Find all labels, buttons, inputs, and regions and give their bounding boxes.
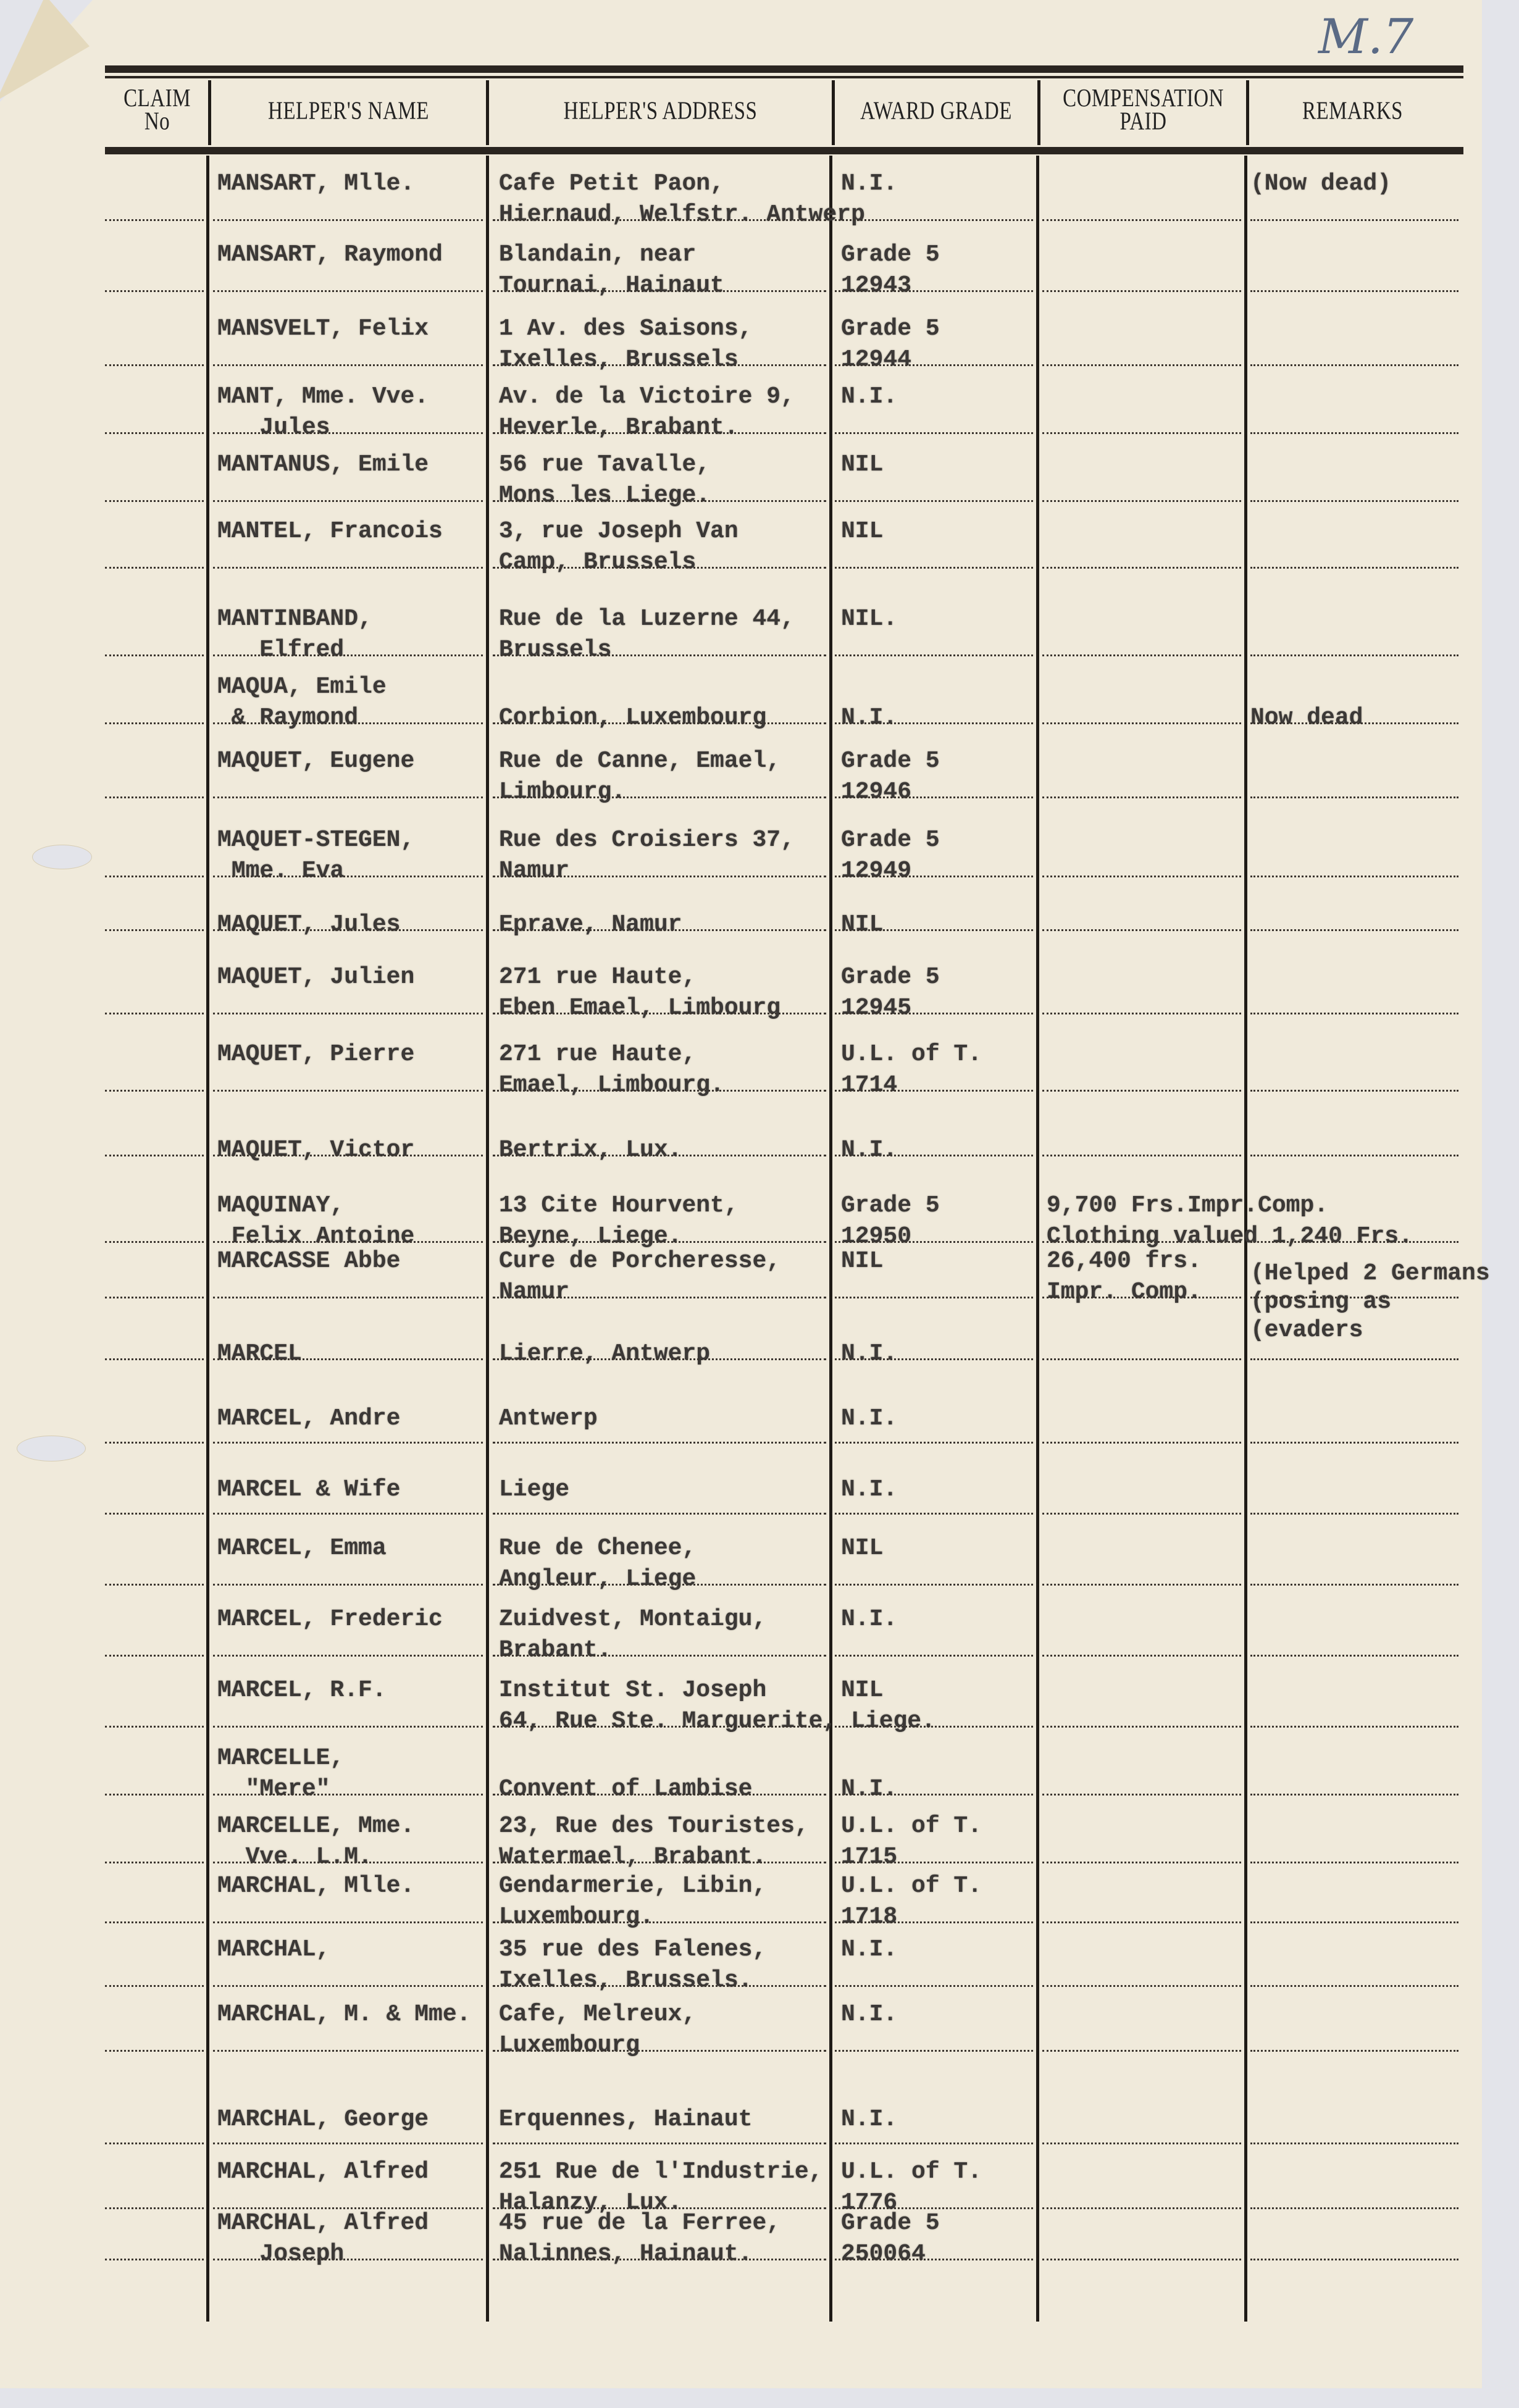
award-grade: NIL [841, 1246, 883, 1277]
award-grade: Grade 5 [841, 240, 940, 270]
helper-name: MARCEL, Emma [217, 1533, 387, 1564]
row-divider [1042, 432, 1241, 434]
helper-name: MARCASSE Abbe [217, 1246, 400, 1277]
helper-name: Joseph [217, 2239, 344, 2270]
helper-name: MANTANUS, Emile [217, 449, 429, 480]
row-divider [835, 567, 1033, 569]
award-grade: N.I. [841, 1999, 897, 2030]
helper-address: 64, Rue Ste. Marguerite, Liege. [499, 1706, 935, 1737]
row-divider [1250, 796, 1458, 798]
row-divider [493, 2143, 826, 2144]
row-divider [835, 722, 1033, 724]
header-award-grade: AWARD GRADE [835, 99, 1037, 123]
helper-address: Antwerp [499, 1403, 598, 1434]
row-divider [1042, 219, 1241, 221]
row-divider [213, 500, 483, 502]
row-divider [105, 876, 204, 877]
row-divider [1042, 1155, 1241, 1156]
row-divider [493, 1985, 826, 1987]
row-divider [1250, 2207, 1458, 2209]
helper-address: 35 rue des Falenes, [499, 1934, 766, 1965]
helper-address: Limbourg. [499, 777, 626, 808]
award-grade: U.L. of T. [841, 2157, 982, 2188]
row-divider [1042, 1442, 1241, 1444]
row-divider [105, 1358, 204, 1360]
helper-address: Lierre, Antwerp [499, 1339, 710, 1369]
row-divider [1250, 432, 1458, 434]
row-divider [213, 1513, 483, 1515]
row-divider [213, 1655, 483, 1657]
helper-address: Rue de Canne, Emael, [499, 746, 780, 777]
helper-address: 271 rue Haute, [499, 1039, 696, 1070]
helper-name: MANTEL, Francois [217, 516, 443, 547]
row-divider [1042, 2259, 1241, 2260]
row-divider [835, 290, 1033, 292]
row-divider [1250, 1358, 1458, 1360]
award-grade: NIL [841, 1675, 883, 1706]
row-divider [1042, 2207, 1241, 2209]
helper-address: Liege [499, 1474, 569, 1505]
row-divider [213, 1358, 483, 1360]
helper-name: MAQUET-STEGEN, [217, 825, 414, 856]
row-divider [835, 1584, 1033, 1586]
helper-address: Luxembourg [499, 2030, 640, 2061]
row-divider [1042, 1985, 1241, 1987]
row-divider [493, 1241, 826, 1243]
helper-address: 3, rue Joseph Van [499, 516, 739, 547]
row-divider [493, 290, 826, 292]
row-divider [1250, 290, 1458, 292]
helper-address: 1 Av. des Saisons, [499, 314, 752, 345]
row-divider [493, 1862, 826, 1863]
award-grade: U.L. of T. [841, 1811, 982, 1842]
helper-address: Corbion, Luxembourg [499, 703, 766, 734]
row-divider [1250, 1155, 1458, 1156]
row-divider [835, 1726, 1033, 1728]
row-divider [835, 2259, 1033, 2260]
row-divider [105, 1985, 204, 1987]
helper-address: Heverle, Brabant. [499, 412, 739, 443]
award-grade: N.I. [841, 1774, 897, 1805]
award-grade: 12944 [841, 345, 911, 375]
header-no-label: No [106, 110, 208, 133]
row-divider [835, 929, 1033, 931]
helper-name: MARCHAL, Mlle. [217, 1871, 414, 1902]
row-divider [1042, 654, 1241, 656]
row-divider [835, 1013, 1033, 1014]
row-divider [1250, 1297, 1458, 1298]
row-divider [1042, 364, 1241, 366]
row-divider [1042, 500, 1241, 502]
helper-name: Vve. L.M. [217, 1842, 372, 1873]
row-divider [835, 1985, 1033, 1987]
row-divider [493, 1013, 826, 1014]
row-divider [835, 1155, 1033, 1156]
row-divider [105, 2050, 204, 2052]
helper-name: MARCHAL, [217, 1934, 330, 1965]
row-divider [1250, 1442, 1458, 1444]
row-divider [105, 1794, 204, 1796]
helper-address: Ixelles, Brussels. [499, 1965, 752, 1996]
header-helpers-name: HELPER'S NAME [211, 99, 486, 123]
award-grade: 1715 [841, 1842, 897, 1873]
award-grade: N.I. [841, 169, 897, 199]
row-divider [213, 2259, 483, 2260]
row-divider [213, 876, 483, 877]
row-divider [105, 1297, 204, 1298]
helper-name: MARCEL, R.F. [217, 1675, 387, 1706]
award-grade: N.I. [841, 1934, 897, 1965]
helper-address: Mons les Liege. [499, 480, 710, 511]
header-remarks: REMARKS [1249, 99, 1456, 123]
row-divider [1042, 1013, 1241, 1014]
helper-name: MANT, Mme. Vve. [217, 382, 429, 412]
helper-name: MAQUET, Pierre [217, 1039, 414, 1070]
header-top-rule [105, 65, 1463, 73]
helper-address: Blandain, near [499, 240, 696, 270]
punch-hole [17, 1436, 86, 1461]
helper-address: Institut St. Joseph [499, 1675, 766, 1706]
helper-address: Rue de la Luzerne 44, [499, 604, 795, 635]
row-divider [105, 1513, 204, 1515]
row-divider [1250, 1985, 1458, 1987]
award-grade: N.I. [841, 382, 897, 412]
helper-address: Eben Emael, Limbourg [499, 993, 780, 1024]
row-divider [493, 1358, 826, 1360]
helper-name: MARCHAL, George [217, 2104, 429, 2135]
row-divider [213, 1921, 483, 1923]
row-divider [213, 654, 483, 656]
row-divider [835, 432, 1033, 434]
row-divider [835, 364, 1033, 366]
row-divider [105, 290, 204, 292]
row-divider [213, 1442, 483, 1444]
award-grade: Grade 5 [841, 1190, 940, 1221]
row-divider [493, 219, 826, 221]
helper-name: MARCHAL, Alfred [217, 2208, 429, 2239]
helper-name: MANSVELT, Felix [217, 314, 429, 345]
row-divider [213, 1584, 483, 1586]
header-thin-rule [105, 76, 1463, 78]
award-grade: N.I. [841, 1135, 897, 1166]
row-divider [213, 1013, 483, 1014]
helper-address: Ixelles, Brussels [499, 345, 739, 375]
row-divider [1042, 1241, 1241, 1243]
row-divider [493, 722, 826, 724]
row-divider [1042, 567, 1241, 569]
row-divider [493, 1794, 826, 1796]
row-divider [213, 1726, 483, 1728]
row-divider [213, 364, 483, 366]
award-grade: N.I. [841, 1604, 897, 1635]
helper-name: MAQUET, Julien [217, 962, 414, 993]
row-divider [493, 1442, 826, 1444]
row-divider [1042, 2143, 1241, 2144]
helper-address: Cafe, Melreux, [499, 1999, 696, 2030]
row-divider [1250, 1513, 1458, 1515]
row-divider [1042, 1794, 1241, 1796]
helper-address: Namur [499, 1277, 569, 1308]
row-divider [493, 1090, 826, 1092]
row-divider [105, 1241, 204, 1243]
award-grade: 12945 [841, 993, 911, 1024]
helper-name: MARCHAL, Alfred [217, 2157, 429, 2188]
award-grade: NIL [841, 516, 883, 547]
helper-address: Namur [499, 856, 569, 887]
award-grade: NIL [841, 449, 883, 480]
row-divider [105, 567, 204, 569]
row-divider [1250, 2143, 1458, 2144]
award-grade: NIL [841, 909, 883, 940]
row-divider [105, 1442, 204, 1444]
row-divider [213, 796, 483, 798]
row-divider [493, 1155, 826, 1156]
row-divider [493, 500, 826, 502]
row-divider [213, 1297, 483, 1298]
helper-address: Cafe Petit Paon, [499, 169, 724, 199]
helper-address: Av. de la Victoire 9, [499, 382, 795, 412]
row-divider [213, 2050, 483, 2052]
row-divider [1042, 2050, 1241, 2052]
row-divider [1250, 1794, 1458, 1796]
row-divider [1250, 500, 1458, 502]
row-divider [835, 219, 1033, 221]
helper-address: Erquennes, Hainaut [499, 2104, 752, 2135]
row-divider [105, 929, 204, 931]
row-divider [105, 722, 204, 724]
row-divider [1042, 929, 1241, 931]
helper-name: MARCELLE, [217, 1743, 344, 1774]
row-divider [105, 1862, 204, 1863]
helper-name: MAQUET, Eugene [217, 746, 414, 777]
row-divider [1250, 1013, 1458, 1014]
row-divider [1042, 876, 1241, 877]
award-grade: 12949 [841, 856, 911, 887]
row-divider [105, 2207, 204, 2209]
row-divider [105, 796, 204, 798]
helper-name: MARCEL, Frederic [217, 1604, 443, 1635]
row-divider [1250, 364, 1458, 366]
row-divider [1250, 1090, 1458, 1092]
row-divider [213, 432, 483, 434]
row-divider [835, 1794, 1033, 1796]
helper-address: Tournai, Hainaut [499, 270, 724, 301]
remarks: Now dead [1250, 703, 1363, 734]
header-claim-no: CLAIM No [106, 87, 208, 133]
row-divider [105, 500, 204, 502]
row-divider [835, 1358, 1033, 1360]
row-divider [105, 1726, 204, 1728]
row-divider [1042, 722, 1241, 724]
award-grade: 250064 [841, 2239, 926, 2270]
row-divider [835, 500, 1033, 502]
award-grade: N.I. [841, 1474, 897, 1505]
row-divider [835, 1090, 1033, 1092]
award-grade: Grade 5 [841, 314, 940, 345]
row-divider [493, 1297, 826, 1298]
column-divider [486, 156, 489, 2322]
helper-address: Convent of Lambise [499, 1774, 752, 1805]
row-divider [1042, 1297, 1241, 1298]
row-divider [835, 1921, 1033, 1923]
row-divider [835, 1862, 1033, 1863]
award-grade: NIL [841, 1533, 883, 1564]
row-divider [1042, 1513, 1241, 1515]
award-grade: NIL. [841, 604, 897, 635]
helper-address: 13 Cite Hourvent, [499, 1190, 739, 1221]
award-grade: Grade 5 [841, 825, 940, 856]
award-grade: N.I. [841, 2104, 897, 2135]
row-divider [493, 567, 826, 569]
row-divider [213, 219, 483, 221]
row-divider [1250, 876, 1458, 877]
row-divider [213, 290, 483, 292]
helper-address: Eprave, Namur [499, 909, 682, 940]
row-divider [835, 2143, 1033, 2144]
helper-address: 251 Rue de l'Industrie, [499, 2157, 823, 2188]
row-divider [1250, 2259, 1458, 2260]
row-divider [1250, 654, 1458, 656]
row-divider [213, 1862, 483, 1863]
row-divider [213, 1155, 483, 1156]
helper-name: "Mere" [217, 1774, 330, 1805]
row-divider [493, 1513, 826, 1515]
row-divider [493, 654, 826, 656]
row-divider [1250, 219, 1458, 221]
row-divider [105, 654, 204, 656]
column-divider [829, 156, 832, 2322]
award-grade: N.I. [841, 1403, 897, 1434]
helper-name: MARCEL [217, 1339, 302, 1369]
row-divider [835, 796, 1033, 798]
helper-address: Luxembourg. [499, 1902, 654, 1933]
document-page: M.7 CLAIM No HELPER'S NAME HELPER'S ADDR… [0, 0, 1482, 2388]
helper-address: Brabant. [499, 1635, 611, 1666]
row-divider [493, 876, 826, 877]
helper-name: MANSART, Raymond [217, 240, 443, 270]
row-divider [1250, 2050, 1458, 2052]
row-divider [1250, 722, 1458, 724]
row-divider [835, 1442, 1033, 1444]
row-divider [1250, 1862, 1458, 1863]
row-divider [105, 2259, 204, 2260]
helper-address: Emael, Limbourg. [499, 1070, 724, 1101]
row-divider [213, 1090, 483, 1092]
remarks: (evaders [1250, 1315, 1363, 1346]
row-divider [493, 1584, 826, 1586]
header-paid-label: PAID [1040, 110, 1246, 133]
helper-address: Watermael, Brabant. [499, 1842, 766, 1873]
row-divider [105, 364, 204, 366]
award-grade: Grade 5 [841, 746, 940, 777]
row-divider [835, 1241, 1033, 1243]
row-divider [1042, 796, 1241, 798]
header-bottom-rule [105, 147, 1463, 154]
row-divider [493, 2050, 826, 2052]
row-divider [1042, 1862, 1241, 1863]
helper-address: Hiernaud, Welfstr. Antwerp [499, 199, 865, 230]
row-divider [493, 364, 826, 366]
award-grade: N.I. [841, 703, 897, 734]
helper-address: Rue des Croisiers 37, [499, 825, 795, 856]
row-divider [493, 2259, 826, 2260]
helper-name: Jules [217, 412, 330, 443]
row-divider [213, 1985, 483, 1987]
row-divider [105, 1155, 204, 1156]
row-divider [493, 432, 826, 434]
award-grade: 12946 [841, 777, 911, 808]
row-divider [835, 2050, 1033, 2052]
row-divider [105, 1584, 204, 1586]
row-divider [1042, 1090, 1241, 1092]
row-divider [105, 1655, 204, 1657]
row-divider [1250, 1584, 1458, 1586]
helper-name: MARCELLE, Mme. [217, 1811, 414, 1842]
helper-name: Elfred [217, 635, 344, 666]
page-annotation: M.7 [1318, 9, 1413, 65]
helper-address: 271 rue Haute, [499, 962, 696, 993]
helper-name: Mme. Eva [217, 856, 344, 887]
award-grade: 1714 [841, 1070, 897, 1101]
row-divider [835, 654, 1033, 656]
compensation-paid: 26,400 frs. [1047, 1246, 1202, 1277]
row-divider [1042, 1655, 1241, 1657]
helper-name: MAQUET, Victor [217, 1135, 414, 1166]
award-grade: U.L. of T. [841, 1871, 982, 1902]
row-divider [835, 1513, 1033, 1515]
helper-address: Cure de Porcheresse, [499, 1246, 780, 1277]
helper-address: Bertrix, Lux. [499, 1135, 682, 1166]
helper-address: 56 rue Tavalle, [499, 449, 710, 480]
punch-hole [32, 845, 92, 869]
row-divider [1250, 567, 1458, 569]
row-divider [835, 1297, 1033, 1298]
column-divider [206, 156, 209, 2322]
row-divider [1042, 1584, 1241, 1586]
row-divider [1250, 1241, 1458, 1243]
award-grade: Grade 5 [841, 2208, 940, 2239]
row-divider [835, 1655, 1033, 1657]
helper-name: & Raymond [217, 703, 358, 734]
helper-name: MAQUINAY, [217, 1190, 344, 1221]
row-divider [213, 567, 483, 569]
helper-address: Zuidvest, Montaigu, [499, 1604, 766, 1635]
row-divider [1042, 1358, 1241, 1360]
row-divider [493, 929, 826, 931]
award-grade: 1718 [841, 1902, 897, 1933]
row-divider [1250, 1921, 1458, 1923]
award-grade: U.L. of T. [841, 1039, 982, 1070]
award-grade: 12943 [841, 270, 911, 301]
compensation-paid: Impr. Comp. [1047, 1277, 1202, 1308]
row-divider [1250, 1726, 1458, 1728]
row-divider [213, 2143, 483, 2144]
row-divider [493, 1655, 826, 1657]
helper-name: MARCEL, Andre [217, 1403, 400, 1434]
header-compensation-label: COMPENSATION [1040, 87, 1246, 111]
row-divider [1042, 290, 1241, 292]
header-compensation-paid: COMPENSATION PAID [1040, 87, 1246, 133]
remarks: (Now dead) [1250, 169, 1391, 199]
row-divider [105, 219, 204, 221]
helper-name: MAQUET, Jules [217, 909, 400, 940]
helper-name: MARCHAL, M. & Mme. [217, 1999, 471, 2030]
helper-name: MAQUA, Emile [217, 672, 387, 703]
row-divider [213, 722, 483, 724]
helper-address: Brussels [499, 635, 611, 666]
helper-name: MARCEL & Wife [217, 1474, 400, 1505]
helper-address: Nalinnes, Hainaut. [499, 2239, 752, 2270]
